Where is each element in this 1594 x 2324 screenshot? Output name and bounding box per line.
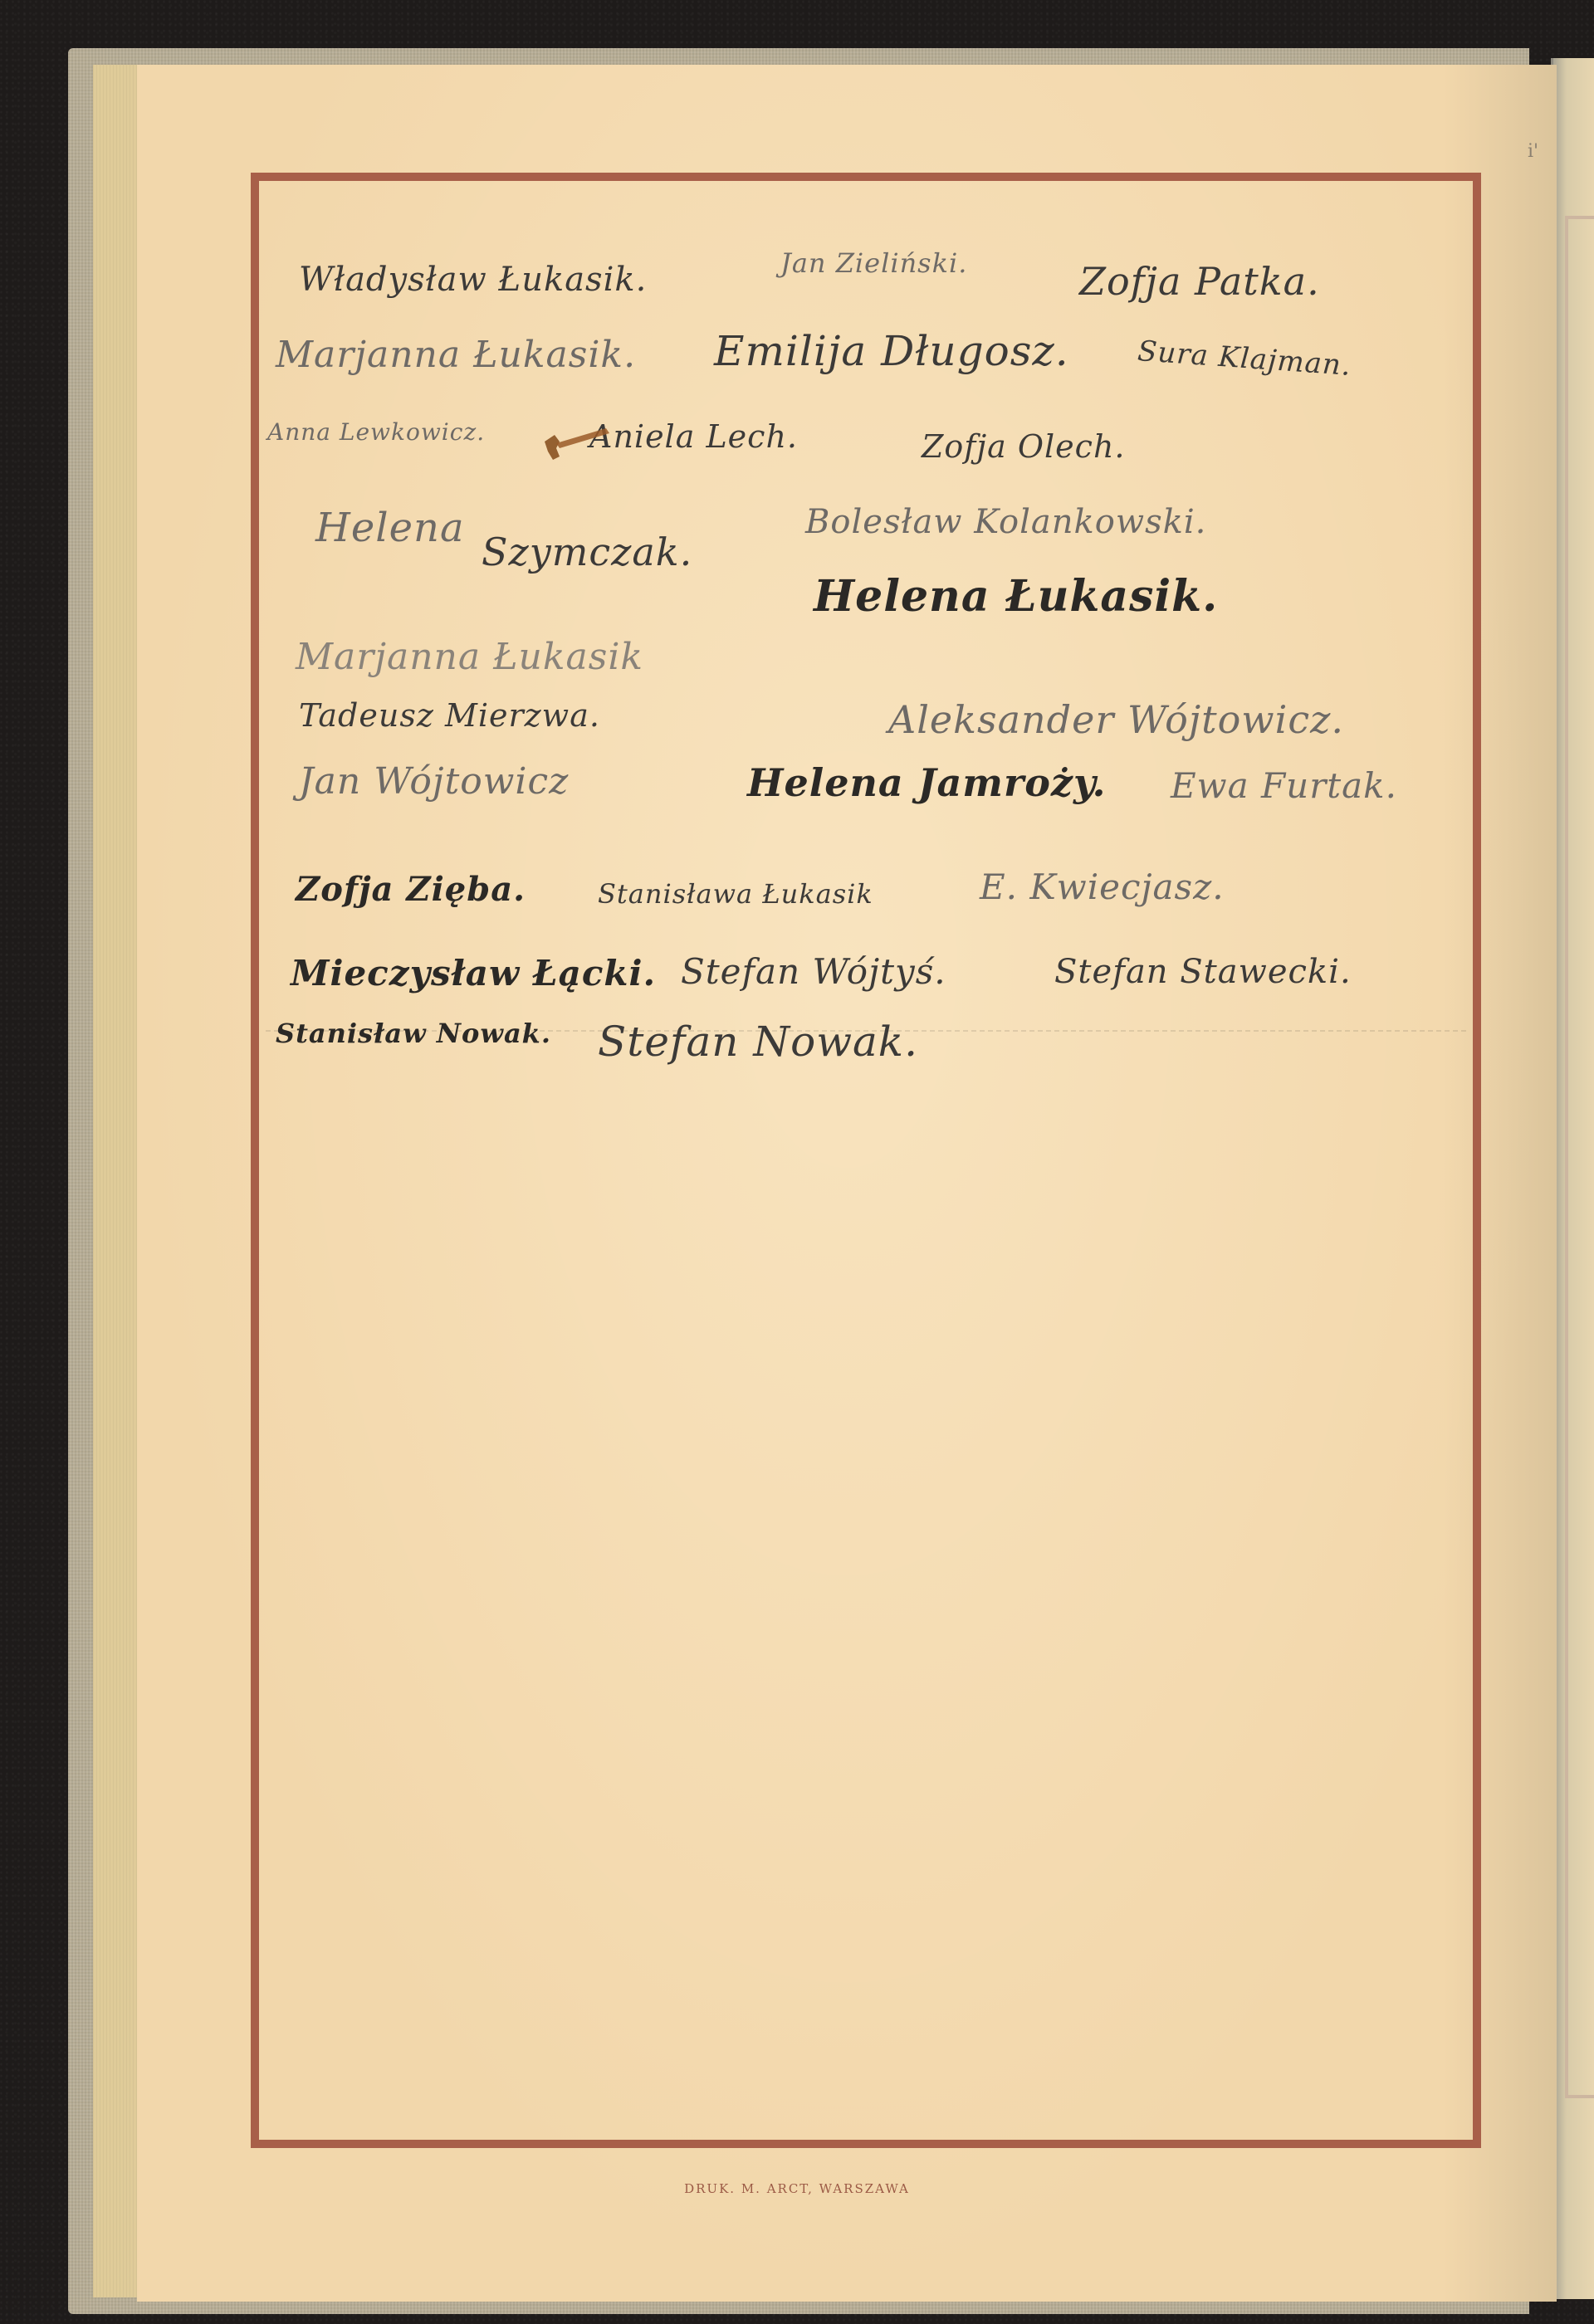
signature: Władysław Łukasik. xyxy=(299,261,647,299)
signature: Aniela Lech. xyxy=(589,418,798,455)
signature: Jan Zieliński. xyxy=(780,247,967,279)
signature: Jan Wójtowicz xyxy=(299,760,569,803)
signature: Stanisława Łukasik xyxy=(598,878,873,910)
signature: Marjanna Łukasik xyxy=(296,636,643,678)
signature: Mieczysław Łącki. xyxy=(291,953,656,994)
signature: Zofja Patka. xyxy=(1079,259,1320,304)
page-edges xyxy=(93,65,143,2297)
signature: Marjanna Łukasik. xyxy=(276,334,636,376)
signature: Stefan Wójtyś. xyxy=(681,951,946,992)
signature: Aleksander Wójtowicz. xyxy=(888,697,1344,742)
signature: Bolesław Kolankowski. xyxy=(805,503,1206,541)
margin-mark: i' xyxy=(1528,141,1533,174)
signature: Sura Klajman. xyxy=(1137,334,1352,383)
signature: Tadeusz Mierzwa. xyxy=(299,697,600,734)
signature: Stefan Nowak. xyxy=(598,1018,918,1066)
signature: Anna Lewkowicz. xyxy=(267,418,485,446)
facing-page-edge xyxy=(1551,58,1594,2299)
signature: Stefan Stawecki. xyxy=(1054,953,1352,991)
signature: Zofja Zięba. xyxy=(296,870,526,909)
signature-area: Władysław Łukasik. Jan Zieliński. Zofja … xyxy=(266,188,1466,2133)
signature: Helena Łukasik. xyxy=(814,571,1218,622)
signature: Szymczak. xyxy=(482,530,692,574)
signature: Stanisław Nowak. xyxy=(276,1018,551,1049)
signature: Helena xyxy=(315,505,465,551)
rust-pin-stain-icon xyxy=(540,423,614,465)
signature: Ewa Furtak. xyxy=(1171,765,1397,806)
signature: Zofja Olech. xyxy=(922,428,1126,465)
signature: Emilija Długosz. xyxy=(714,327,1069,375)
signature: Helena Jamroży. xyxy=(747,760,1106,805)
page-border-frame: Władysław Łukasik. Jan Zieliński. Zofja … xyxy=(251,173,1481,2148)
printer-imprint: DRUK. M. ARCT, WARSZAWA xyxy=(0,2181,1594,2196)
signature: E. Kwiecjasz. xyxy=(980,867,1225,907)
facing-page-frame xyxy=(1565,216,1594,2098)
